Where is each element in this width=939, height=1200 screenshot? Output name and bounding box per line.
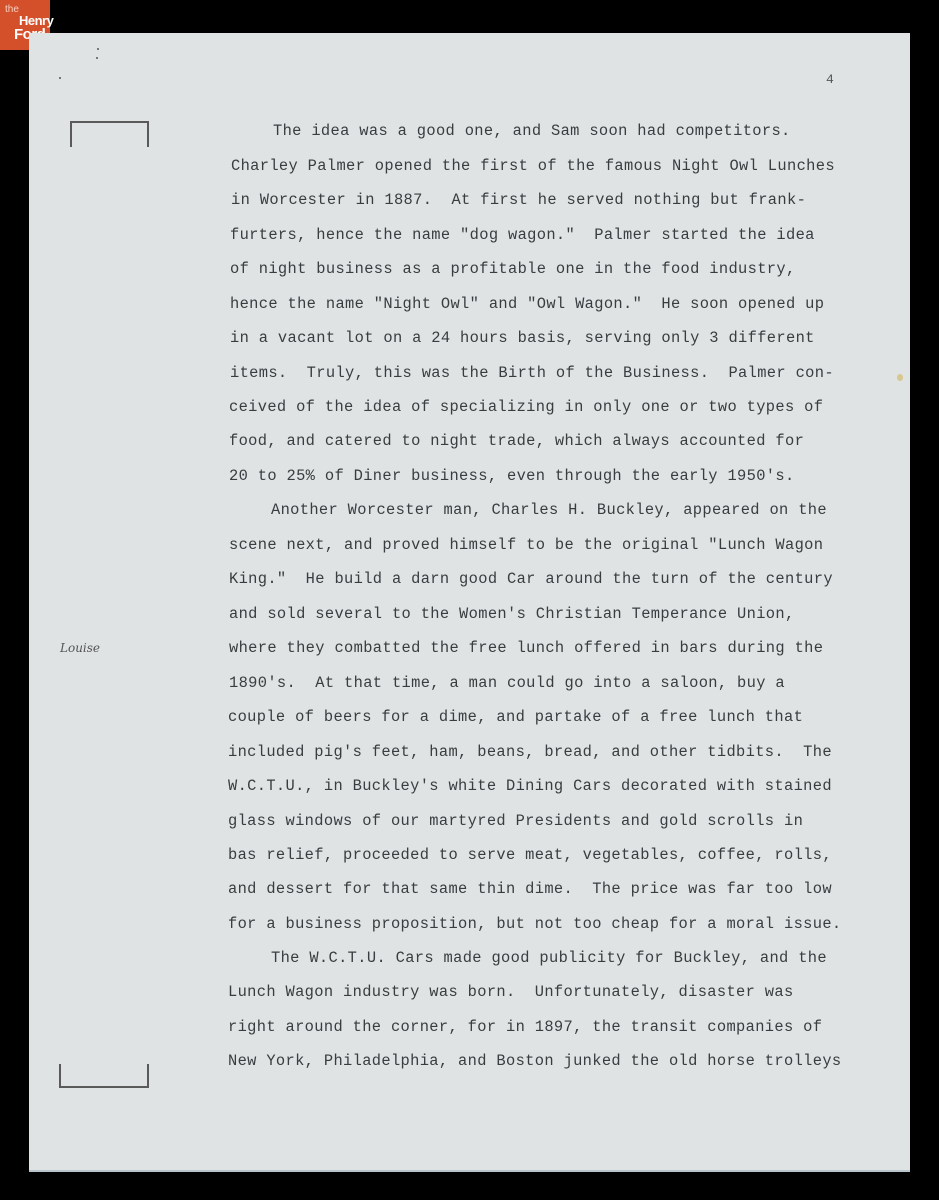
text-line: 20 to 25% of Diner business, even throug…: [229, 467, 795, 485]
text-line: New York, Philadelphia, and Boston junke…: [228, 1052, 842, 1070]
paper-stain: [897, 374, 903, 381]
text-line: hence the name "Night Owl" and "Owl Wago…: [230, 295, 824, 313]
text-line: King." He build a darn good Car around t…: [229, 570, 833, 588]
text-line: Charley Palmer opened the first of the f…: [231, 157, 835, 175]
paper-speck: [96, 57, 98, 59]
pencil-bracket-bottom-icon: [59, 1064, 149, 1088]
text-line: in a vacant lot on a 24 hours basis, ser…: [230, 329, 815, 347]
text-line: and sold several to the Women's Christia…: [229, 605, 795, 623]
text-line: W.C.T.U., in Buckley's white Dining Cars…: [228, 777, 832, 795]
text-line: items. Truly, this was the Birth of the …: [230, 364, 834, 382]
page-number: 4: [826, 72, 834, 87]
text-line: Another Worcester man, Charles H. Buckle…: [271, 501, 827, 519]
paper-speck: [97, 48, 99, 50]
text-line: and dessert for that same thin dime. The…: [228, 880, 832, 898]
text-line: Lunch Wagon industry was born. Unfortuna…: [228, 983, 794, 1001]
paper-speck: [59, 77, 61, 79]
logo-the: the: [5, 4, 19, 15]
text-line: where they combatted the free lunch offe…: [229, 639, 823, 657]
text-line: food, and catered to night trade, which …: [229, 432, 804, 450]
text-line: glass windows of our martyred Presidents…: [228, 812, 803, 830]
text-line: The idea was a good one, and Sam soon ha…: [273, 122, 791, 140]
text-line: of night business as a profitable one in…: [230, 260, 796, 278]
handwritten-margin-note: Louise: [60, 641, 100, 655]
text-line: in Worcester in 1887. At first he served…: [231, 191, 806, 209]
pencil-bracket-top-icon: [70, 121, 149, 147]
text-line: right around the corner, for in 1897, th…: [228, 1018, 822, 1036]
text-line: The W.C.T.U. Cars made good publicity fo…: [271, 949, 827, 967]
text-line: 1890's. At that time, a man could go int…: [229, 674, 785, 692]
text-line: included pig's feet, ham, beans, bread, …: [228, 743, 832, 761]
text-line: ceived of the idea of specializing in on…: [229, 398, 823, 416]
text-line: furters, hence the name "dog wagon." Pal…: [230, 226, 815, 244]
text-line: for a business proposition, but not too …: [228, 915, 842, 933]
text-line: scene next, and proved himself to be the…: [229, 536, 823, 554]
text-line: couple of beers for a dime, and partake …: [228, 708, 803, 726]
text-line: bas relief, proceeded to serve meat, veg…: [228, 846, 832, 864]
